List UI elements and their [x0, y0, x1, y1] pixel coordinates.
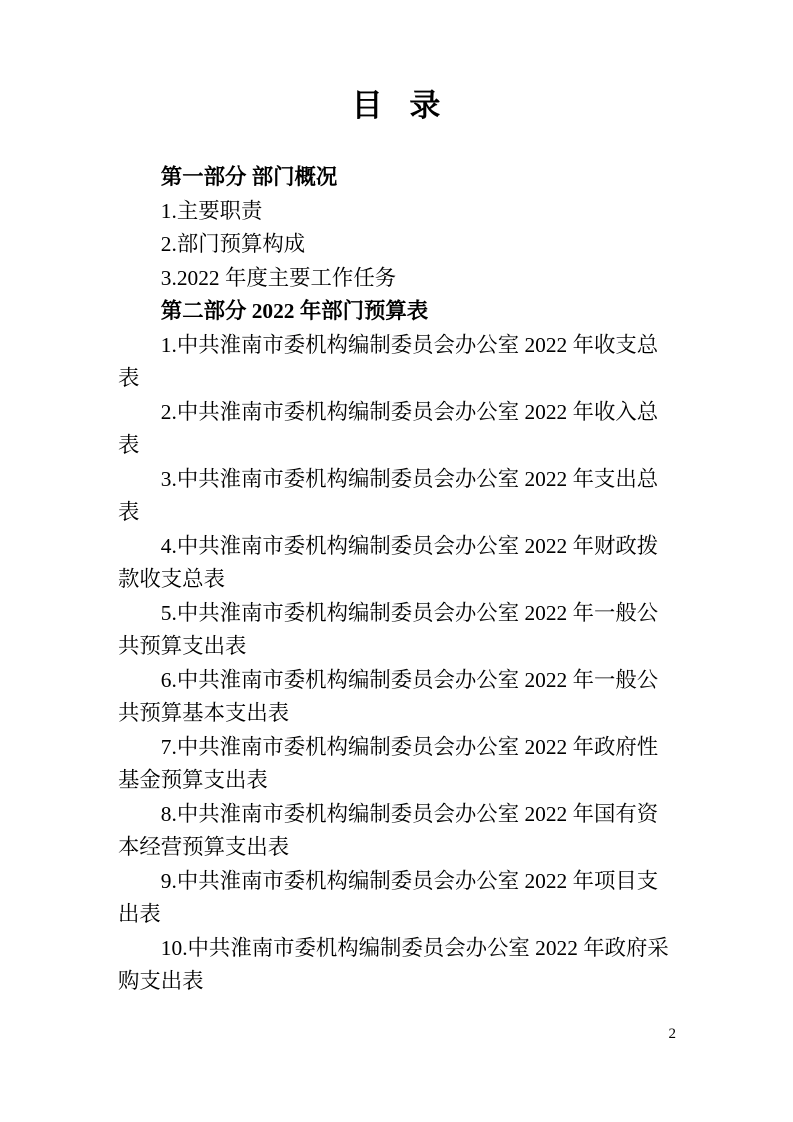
toc-item-wrap-line: 共预算支出表 — [118, 630, 680, 664]
toc-item-line: 2.部门预算构成 — [118, 228, 680, 262]
toc-item: 5.中共淮南市委机构编制委员会办公室 2022 年一般公共预算支出表 — [118, 597, 680, 664]
toc-item: 3.2022 年度主要工作任务 — [118, 262, 680, 296]
toc-item-line: 2.中共淮南市委机构编制委员会办公室 2022 年收入总 — [118, 396, 680, 430]
toc-item-line: 3.中共淮南市委机构编制委员会办公室 2022 年支出总 — [118, 463, 680, 497]
toc-item-line: 10.中共淮南市委机构编制委员会办公室 2022 年政府采 — [118, 932, 680, 966]
toc-item: 4.中共淮南市委机构编制委员会办公室 2022 年财政拨款收支总表 — [118, 530, 680, 597]
toc-item-line: 3.2022 年度主要工作任务 — [118, 262, 680, 296]
toc-item: 10.中共淮南市委机构编制委员会办公室 2022 年政府采购支出表 — [118, 932, 680, 999]
toc-item-line: 9.中共淮南市委机构编制委员会办公室 2022 年项目支 — [118, 865, 680, 899]
toc-item-line: 1.中共淮南市委机构编制委员会办公室 2022 年收支总 — [118, 329, 680, 363]
toc-item-wrap-line: 表 — [118, 496, 680, 530]
page-number: 2 — [669, 1023, 677, 1045]
section-heading: 第一部分 部门概况 — [118, 161, 680, 195]
toc-item-line: 1.主要职责 — [118, 195, 680, 229]
toc-item-wrap-line: 购支出表 — [118, 965, 680, 999]
toc-item: 6.中共淮南市委机构编制委员会办公室 2022 年一般公共预算基本支出表 — [118, 664, 680, 731]
toc-item-wrap-line: 本经营预算支出表 — [118, 831, 680, 865]
document-page: 目 录 第一部分 部门概况1.主要职责2.部门预算构成3.2022 年度主要工作… — [0, 0, 793, 1122]
toc-item-wrap-line: 共预算基本支出表 — [118, 697, 680, 731]
section-heading: 第二部分 2022 年部门预算表 — [118, 295, 680, 329]
toc-item: 7.中共淮南市委机构编制委员会办公室 2022 年政府性基金预算支出表 — [118, 731, 680, 798]
toc-item-wrap-line: 基金预算支出表 — [118, 764, 680, 798]
toc-item: 1.中共淮南市委机构编制委员会办公室 2022 年收支总表 — [118, 329, 680, 396]
page-title: 目 录 — [0, 86, 793, 126]
toc-item-wrap-line: 出表 — [118, 898, 680, 932]
toc-item: 8.中共淮南市委机构编制委员会办公室 2022 年国有资本经营预算支出表 — [118, 798, 680, 865]
toc-item-wrap-line: 表 — [118, 429, 680, 463]
toc-item: 2.中共淮南市委机构编制委员会办公室 2022 年收入总表 — [118, 396, 680, 463]
toc-item-line: 5.中共淮南市委机构编制委员会办公室 2022 年一般公 — [118, 597, 680, 631]
toc-sections: 第一部分 部门概况1.主要职责2.部门预算构成3.2022 年度主要工作任务第二… — [118, 161, 680, 999]
toc-item: 9.中共淮南市委机构编制委员会办公室 2022 年项目支出表 — [118, 865, 680, 932]
toc-item-line: 7.中共淮南市委机构编制委员会办公室 2022 年政府性 — [118, 731, 680, 765]
toc-item-line: 8.中共淮南市委机构编制委员会办公室 2022 年国有资 — [118, 798, 680, 832]
toc-item: 2.部门预算构成 — [118, 228, 680, 262]
toc-item-wrap-line: 表 — [118, 362, 680, 396]
toc-item-wrap-line: 款收支总表 — [118, 563, 680, 597]
toc-item: 1.主要职责 — [118, 195, 680, 229]
toc-item: 3.中共淮南市委机构编制委员会办公室 2022 年支出总表 — [118, 463, 680, 530]
toc-item-line: 6.中共淮南市委机构编制委员会办公室 2022 年一般公 — [118, 664, 680, 698]
toc-item-line: 4.中共淮南市委机构编制委员会办公室 2022 年财政拨 — [118, 530, 680, 564]
